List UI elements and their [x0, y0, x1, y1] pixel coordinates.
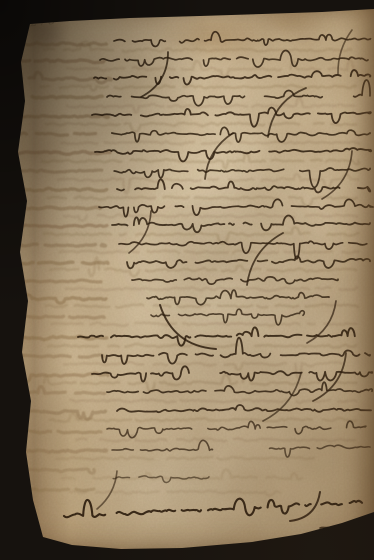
- photo-background: 278: [0, 0, 374, 560]
- manuscript-page: 278: [0, 0, 374, 560]
- handwriting-layer: [0, 0, 374, 560]
- docket-line-region: [58, 492, 370, 540]
- paper-grain-texture: [0, 0, 374, 560]
